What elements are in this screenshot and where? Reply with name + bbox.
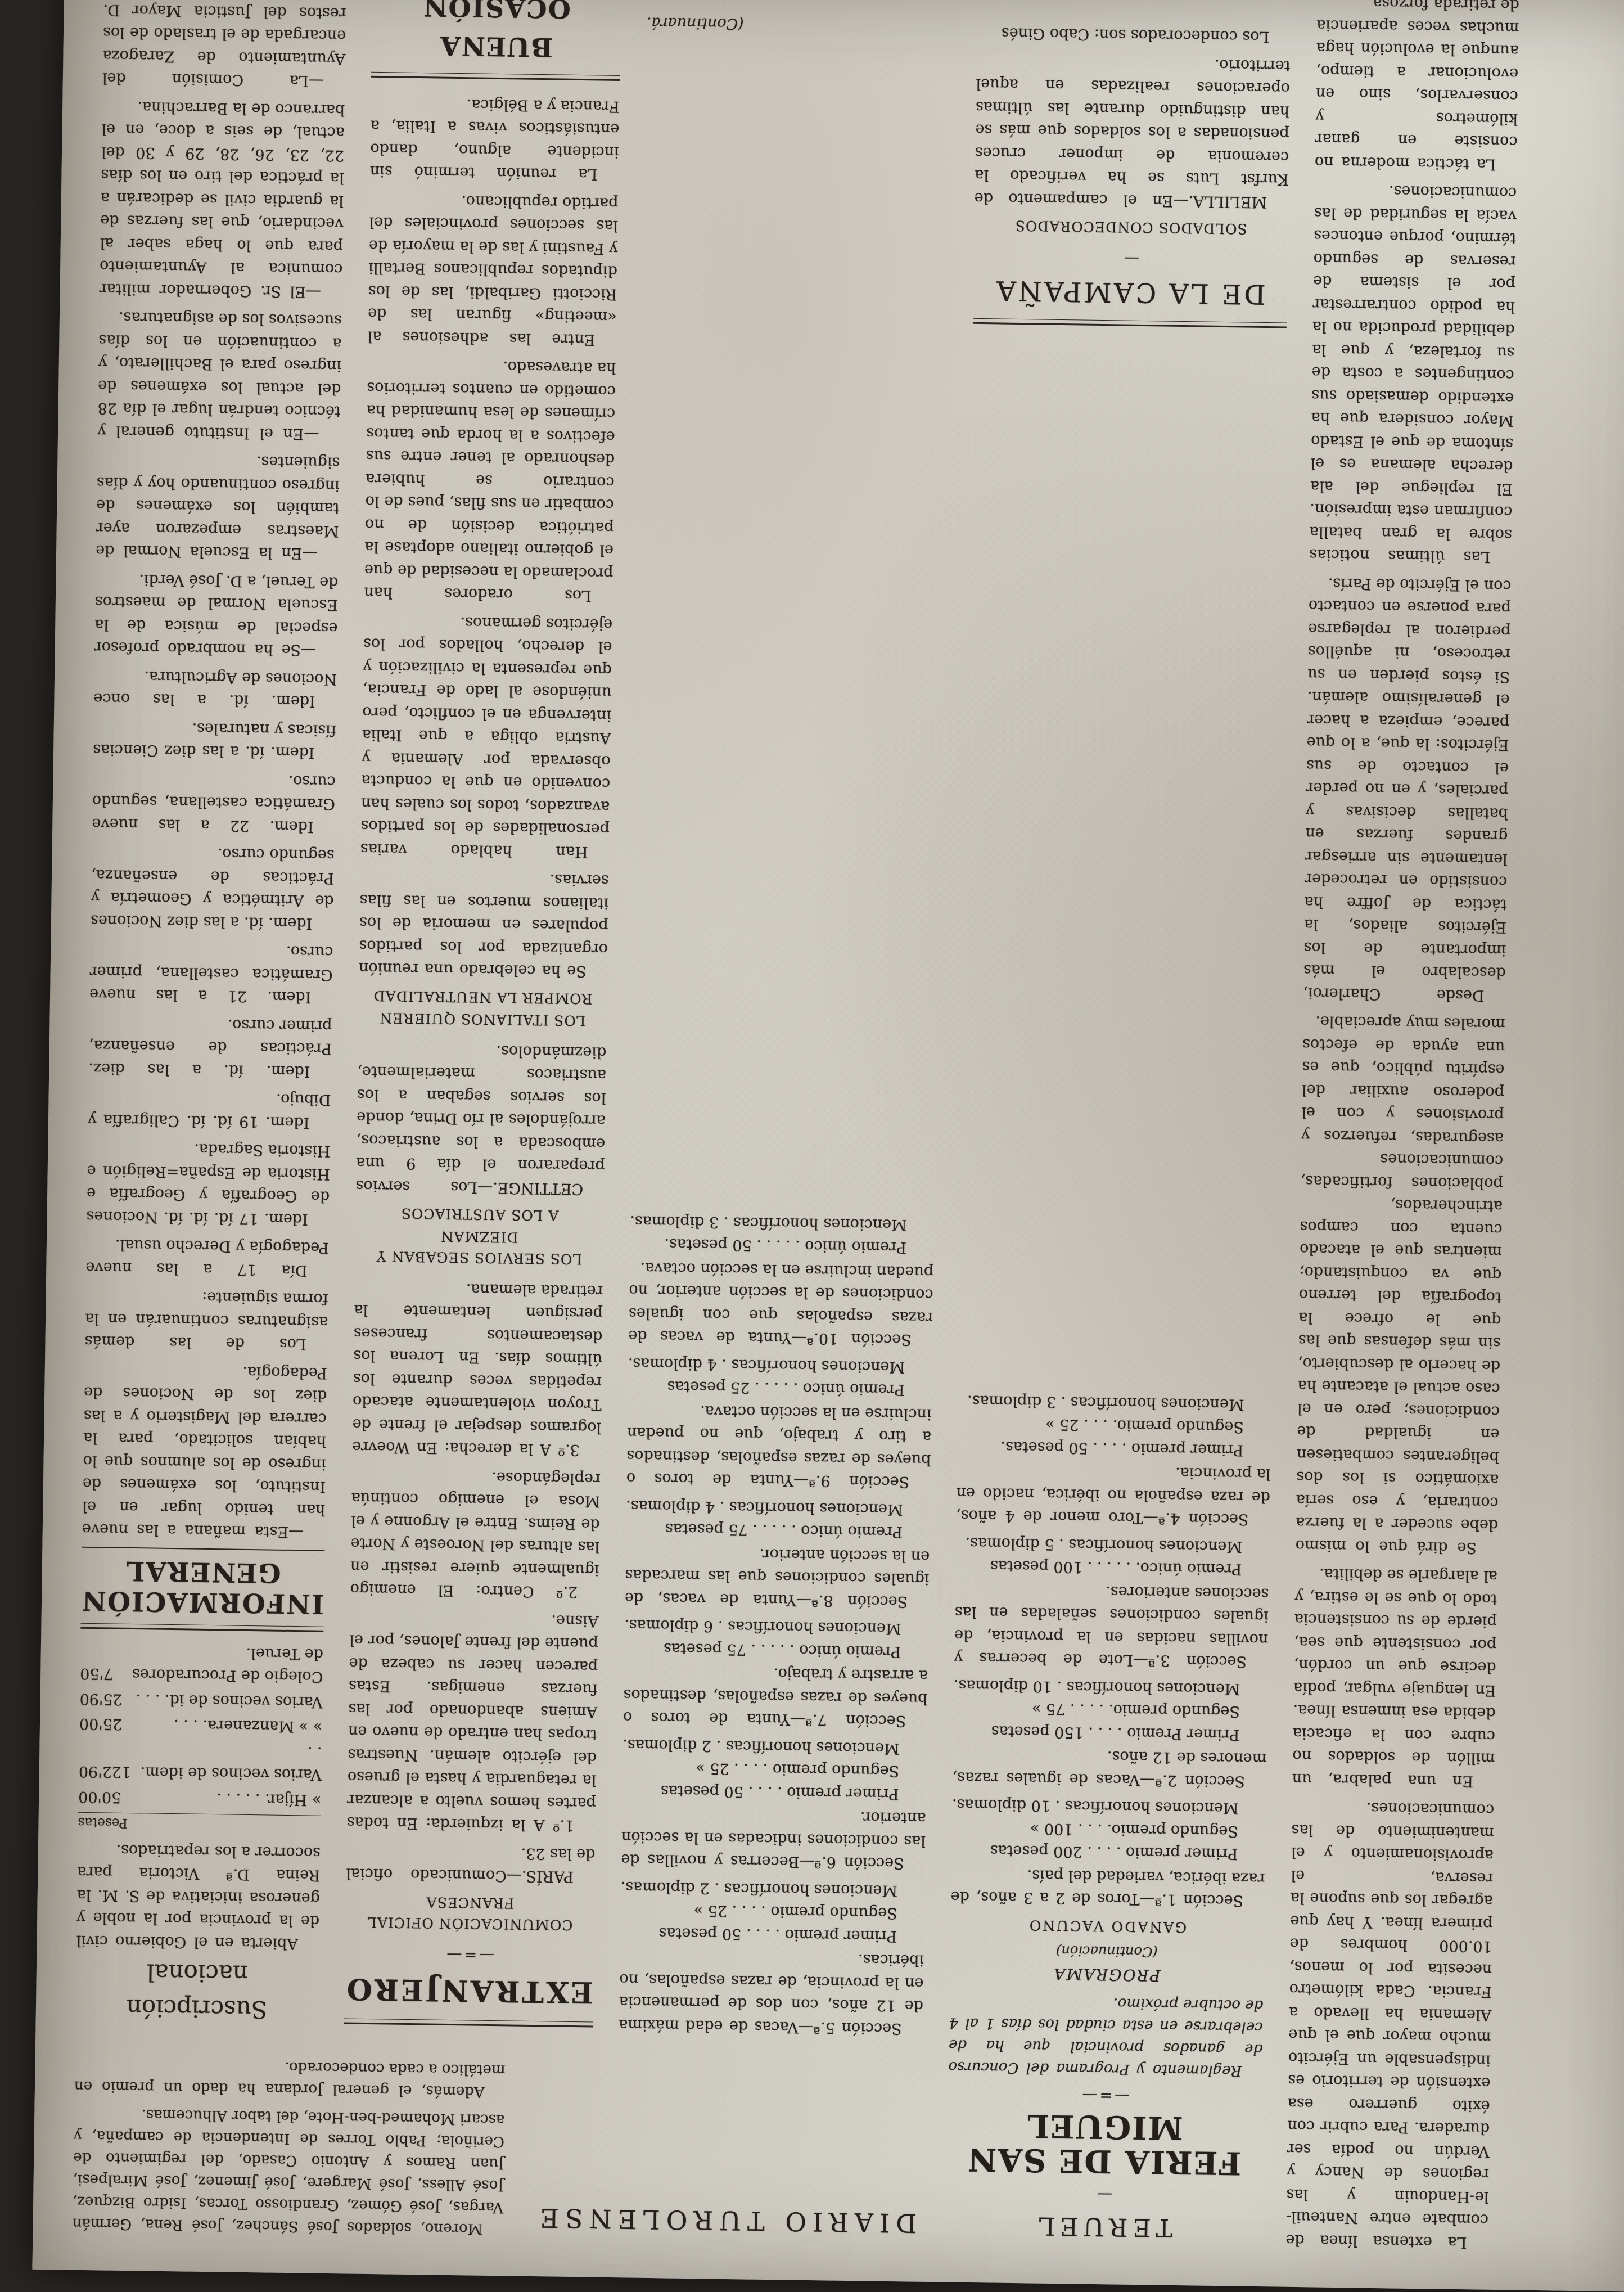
- section-title: Sección 8.ª—Yunta de vacas, de iguales c…: [625, 1541, 930, 1613]
- suscripcion-headline: Suscripción nacional: [75, 1954, 319, 2028]
- prize-line: Menciones honoríficas . 2 diplomas.: [622, 1733, 927, 1760]
- newspaper-scan: La extensa línea de combate entre Nanteu…: [32, 0, 1624, 2246]
- prize-line: Primer premio . . . . 50 pesetas: [622, 1778, 927, 1805]
- informacion-item: Idem. íd. a las diez Ciencias físicas y …: [93, 715, 336, 764]
- program-section: Sección 8.ª—Yunta de vacas, de iguales c…: [625, 1494, 931, 1613]
- donor-name: » » Manzanera. . . .: [174, 1713, 323, 1738]
- suscripcion-row: » Híjar. . . . . . 50'00: [78, 1785, 322, 1811]
- informacion-general-headline: INFORMACIÓN GENERAL: [81, 1555, 325, 1619]
- jordana-premio: Además, el general Jordana ha dado un pr…: [74, 2053, 506, 2103]
- cettinge-paragraph: CETTINGE.—Los servios prepararon el día …: [355, 1037, 606, 1200]
- suscripcion-list: » Híjar. . . . . . 50'00 Varios vecinos …: [78, 1639, 323, 1811]
- french-communique-subhead: COMUNICACIÓN OFICIAL FRANCESA: [345, 1890, 595, 1936]
- divider-rule: [344, 2018, 593, 2027]
- column-feria-campana: TERUEL — FERIA DE SAN MIGUEL —=— Reglame…: [946, 16, 1291, 2246]
- informacion-general-block: INFORMACIÓN GENERAL —Esta mañana a las n…: [80, 0, 350, 1640]
- suscripcion-block: Suscripción nacional Abierta en el Gobie…: [75, 1637, 323, 2031]
- italianos-article: Se ha celebrado una reunión organizada p…: [359, 91, 620, 983]
- prize-line: Menciones honoríficas . 3 diplomas.: [958, 1389, 1272, 1416]
- section-title: Sección 6.ª—Becerras y novillas de las c…: [621, 1802, 926, 1875]
- section-title: Sección 9.ª—Yunta de toros o bueyes de r…: [626, 1398, 932, 1494]
- program-section: Sección 4.ª—Toro menor de 4 años, de raz…: [956, 1389, 1272, 1531]
- continuacion-note: (Continuación): [950, 1939, 1264, 1964]
- extranjero-block: EXTRANJERO —=— COMUNICACIÓN OFICIAL FRAN…: [344, 85, 620, 2035]
- paris-paragraph: 2.º Centro: El enemigo igualmente quiere…: [350, 1464, 601, 1604]
- italianos-subhead-line1: LOS ITALIANOS QUIEREN: [358, 1007, 607, 1032]
- italianos-subhead-line2: ROMPER LA NEUTRALIDAD: [358, 985, 607, 1010]
- donation-amount: 122'90: [79, 1737, 132, 1783]
- prize-line: Primer premio . . . . 50 pesetas.: [957, 1434, 1271, 1461]
- section-title: Sección 7.ª—Yunta de toros o bueyes de r…: [623, 1660, 928, 1732]
- servios-subhead-line2: A LOS AUSTRIACOS: [355, 1203, 605, 1227]
- condecorados-lead: Los condecorados son: Cabo Ginés: [977, 21, 1291, 48]
- feria-intro: Reglamento y Programa del Concurso de ga…: [948, 1989, 1263, 2082]
- dash-decoration: —: [946, 2181, 1261, 2208]
- italianos-paragraph: Los oradores han proclamado la necesidad…: [364, 353, 616, 607]
- column-war-analysis: La extensa línea de combate entre Nanteu…: [1285, 20, 1519, 2246]
- informacion-item: Idem. íd. a las diez Nociones de Aritmét…: [91, 840, 335, 935]
- section-title: Sección 4.ª—Toro menor de 4 años, de raz…: [956, 1458, 1271, 1530]
- italianos-paragraph: La reunión terminó sin incidente alguno,…: [369, 91, 620, 186]
- campana-article: DE LA CAMPAÑA — SOLDADOS CONDECORADOS ME…: [972, 16, 1291, 336]
- informacion-item: Idem. 17 íd. íd. íd. Nociones de Geograf…: [86, 1136, 330, 1231]
- prize-line: Premio único . . . . . 50 pesetas.: [629, 1232, 934, 1259]
- italianos-paragraph: Se ha celebrado una reunión organizada p…: [359, 866, 609, 983]
- prize-line: Menciones honoríficas . 6 diplomas.: [624, 1613, 929, 1640]
- donor-name: Colegio de Procuradores de Teruel.: [118, 1640, 323, 1688]
- melilla-paragraph: MELILLA.—En el campamento de Kurfst Luts…: [974, 49, 1290, 213]
- newspaper-sheet: La extensa línea de combate entre Nanteu…: [32, 0, 1624, 2246]
- war-paragraph: La extensa línea de combate entre Nanteu…: [1285, 1795, 1494, 2246]
- column-informacion: Suscripción nacional Abierta en el Gobie…: [75, 3, 346, 2032]
- informacion-item: Los de las demás asignaturas continuarán…: [84, 1284, 328, 1356]
- prize-line: Premio único . . . . . 25 pesetas: [628, 1374, 932, 1401]
- servios-subhead-line1: LOS SERVIOS SEGABAN Y DIEZMAN: [355, 1224, 605, 1270]
- donation-amount: 50'00: [78, 1785, 121, 1808]
- continuara-note: (Continuará.: [647, 11, 951, 38]
- section-title: Sección 3.ª—Lote de becerras y novillas …: [954, 1578, 1269, 1673]
- condecorados-names: Moreno, soldados José Sánchez, José Rena…: [72, 2102, 504, 2240]
- dash-decoration: —: [973, 245, 1288, 272]
- suscripcion-row: » » Manzanera. . . . 25'00: [79, 1712, 323, 1739]
- italianos-paragraph: Entre las adhesiones al «meeting» figura…: [367, 188, 618, 351]
- suscripcion-row: Varios vecinos de idem. . . 122'90: [79, 1737, 322, 1786]
- prize-line: Menciones honoríficas . 4 diplomas.: [626, 1494, 931, 1521]
- donor-name: Varios vecinos de id. . . .: [136, 1688, 323, 1713]
- column-program-continued: Sección 5.ª—Vacas de edad máxima de 12 a…: [619, 11, 951, 2040]
- divider-rule: [973, 318, 1287, 328]
- paris-paragraph: 3.º A la derecha: En Woevre logramos des…: [352, 1276, 603, 1461]
- war-paragraph: Desde Charleroi, descalabro el más impor…: [1303, 571, 1512, 1007]
- prize-line: Premio único . . . . . 75 pesetas: [625, 1516, 930, 1543]
- suscripcion-intro: Abierta en el Gobierno civil de la provi…: [76, 1838, 321, 1955]
- buena-ocasion-ad: BUENA OCASIÓN —=— Se arrienda o traspasa…: [371, 0, 623, 89]
- program-section: Sección 2.ª—Vacas de iguales razas, meno…: [952, 1673, 1267, 1793]
- suscripcion-row: Varios vecinos de id. . . . 25'90: [79, 1687, 323, 1713]
- feria-decoration: —=—: [948, 2082, 1262, 2109]
- feria-article: TERUEL — FERIA DE SAN MIGUEL —=— Reglame…: [946, 1384, 1272, 2246]
- program-section: Sección 7.ª—Yunta de toros o bueyes de r…: [623, 1613, 929, 1732]
- donation-amount: 25'00: [79, 1712, 123, 1736]
- section-title: Sección 1.ª—Toros de 2 a 3 años, de raza…: [950, 1862, 1265, 1912]
- extranjero-headline: EXTRANJERO: [344, 1966, 594, 2014]
- informacion-item: —En la Escuela Normal de Maestras empeza…: [96, 448, 340, 565]
- italianos-paragraph: Han hablado varias personalidades de los…: [360, 609, 613, 863]
- prize-line: Menciones honoríficas . 3 diplomas.: [630, 1209, 935, 1236]
- informacion-item: Día 17 a las nueve Pedagogía y Derecho u…: [85, 1233, 329, 1282]
- war-paragraph: Se dirá que lo mismo debe suceder a la f…: [1295, 1010, 1505, 1559]
- program-section: Sección 6.ª—Becerras y novillas de las c…: [621, 1733, 927, 1875]
- prize-line: Premio único . . . . . 75 pesetas: [624, 1636, 928, 1663]
- prize-line: Primer premio . . . . 200 pesetas: [951, 1838, 1265, 1865]
- prize-line: Primer premio . . . . 50 pesetas: [620, 1921, 924, 1948]
- donation-amount: 7'50: [80, 1639, 114, 1685]
- war-article: La extensa línea de combate entre Nanteu…: [1285, 0, 1523, 2246]
- program-section: Sección 9.ª—Yunta de toros o bueyes de r…: [626, 1352, 932, 1494]
- page-grid: La extensa línea de combate entre Nanteu…: [72, 3, 1519, 2246]
- programa-heading: PROGRAMA: [949, 1960, 1264, 1988]
- informacion-item: —En el Instituto general y técnico tendr…: [97, 305, 342, 445]
- masthead-title: DIARIO TUROLENSE: [530, 2198, 921, 2243]
- informacion-item: —Se ha nombrado profesor especial de mús…: [94, 567, 338, 661]
- informacion-items: —Esta mañana a las nueve han tenido luga…: [82, 0, 350, 1543]
- prize-line: Menciones honoríficas . 5 diplomas.: [955, 1531, 1270, 1558]
- names-continuation: Moreno, soldados José Sánchez, José Rena…: [72, 2047, 506, 2240]
- prize-line: Menciones honoríficas . 10 diplomas.: [954, 1673, 1268, 1700]
- war-paragraph: La táctica moderna no consiste en ganar …: [1315, 0, 1519, 175]
- section-title: Sección 5.ª—Vacas de edad máxima de 12 a…: [619, 1944, 924, 2040]
- program-sections-5-10: Sección 5.ª—Vacas de edad máxima de 12 a…: [619, 1205, 935, 2040]
- column-extranjero: EXTRANJERO —=— COMUNICACIÓN OFICIAL FRAN…: [344, 7, 621, 2036]
- prize-line: Primer Premio . . . . 150 pesetas: [953, 1719, 1267, 1746]
- prize-line: Menciones honoríficas . 2 diplomas.: [620, 1875, 925, 1902]
- page-top-strip: DIARIO TUROLENSE Moreno, soldados José S…: [72, 2047, 922, 2246]
- paris-communique: PARÍS.—Comunicado oficial de las 23.1.º …: [346, 1276, 603, 1888]
- program-sections-1-4: Sección 1.ª—Toros de 2 a 3 años, de raza…: [950, 1389, 1271, 1912]
- condecorados-subhead: SOLDADOS CONDECORADOS: [974, 215, 1288, 240]
- donor-name: Varios vecinos de idem. . .: [136, 1738, 322, 1786]
- informacion-item: —Esta mañana a las nueve han tenido luga…: [82, 1358, 328, 1543]
- pesetas-column-label: Pesetas: [78, 1812, 321, 1836]
- extranjero-decoration: —=—: [345, 1942, 594, 1968]
- divider-rule: [371, 72, 620, 81]
- city-heading: TERUEL: [946, 2205, 1260, 2246]
- program-section: Sección 1.ª—Toros de 2 a 3 años, de raza…: [950, 1793, 1266, 1912]
- section-title: Sección 10.ª—Yunta de vacas de razas esp…: [628, 1256, 933, 1352]
- buena-ocasion-headline: BUENA OCASIÓN: [371, 0, 621, 67]
- informacion-item: Idem. íd. a las once Nociones de Agricul…: [93, 664, 337, 713]
- divider-rule-thin: [82, 1547, 324, 1551]
- donation-amount: 25'90: [79, 1687, 123, 1710]
- program-section: Sección 10.ª—Yunta de vacas de razas esp…: [628, 1209, 934, 1352]
- program-section: Sección 5.ª—Vacas de edad máxima de 12 a…: [619, 1875, 925, 2040]
- informacion-item: Idem. 22 a las nueve Gramática castellan…: [92, 766, 336, 838]
- war-paragraph: Las últimas noticias sobre la gran batal…: [1309, 178, 1517, 568]
- informacion-item: Idem. íd. a las diez. Prácticas de enseñ…: [88, 1011, 332, 1083]
- section-title: Sección 2.ª—Vacas de iguales razas, meno…: [952, 1742, 1266, 1793]
- ganado-vacuno-subhead: GANADO VACUNO: [950, 1913, 1265, 1939]
- campana-headline: DE LA CAMPAÑA: [973, 270, 1287, 315]
- program-section: Sección 3.ª—Lote de becerras y novillas …: [954, 1531, 1270, 1673]
- informacion-item: —El Sr. Gobernador militar comunica al A…: [99, 94, 345, 303]
- informacion-item: Idem. 19 íd. íd. Caligrafía y Dibujo.: [88, 1085, 331, 1134]
- feria-headline: FERIA DE SAN MIGUEL: [947, 2107, 1262, 2181]
- divider-rule: [80, 1623, 323, 1632]
- prize-line: Menciones honoríficas . 4 diplomas.: [628, 1352, 932, 1379]
- donor-name: » Híjar. . . . . .: [216, 1787, 322, 1811]
- prize-line: Premio único. . . . . . 100 pesetas: [955, 1553, 1270, 1580]
- informacion-item: —La Comisión del Ayuntamiento de Zaragoz…: [102, 0, 349, 92]
- paris-paragraph: 1.º A la izquierda: En todas partes hemo…: [346, 1606, 598, 1837]
- informacion-item: Idem. 21 a las nueve Gramática castellan…: [89, 937, 333, 1009]
- suscripcion-row: Colegio de Procuradores de Teruel. 7'50: [80, 1639, 323, 1688]
- paris-paragraph: PARÍS.—Comunicado oficial de las 23.: [346, 1839, 596, 1888]
- prize-line: Menciones honoríficas . 10 diplomas.: [952, 1793, 1266, 1820]
- war-paragraph: En una palabra, un millón de soldados no…: [1292, 1562, 1498, 1793]
